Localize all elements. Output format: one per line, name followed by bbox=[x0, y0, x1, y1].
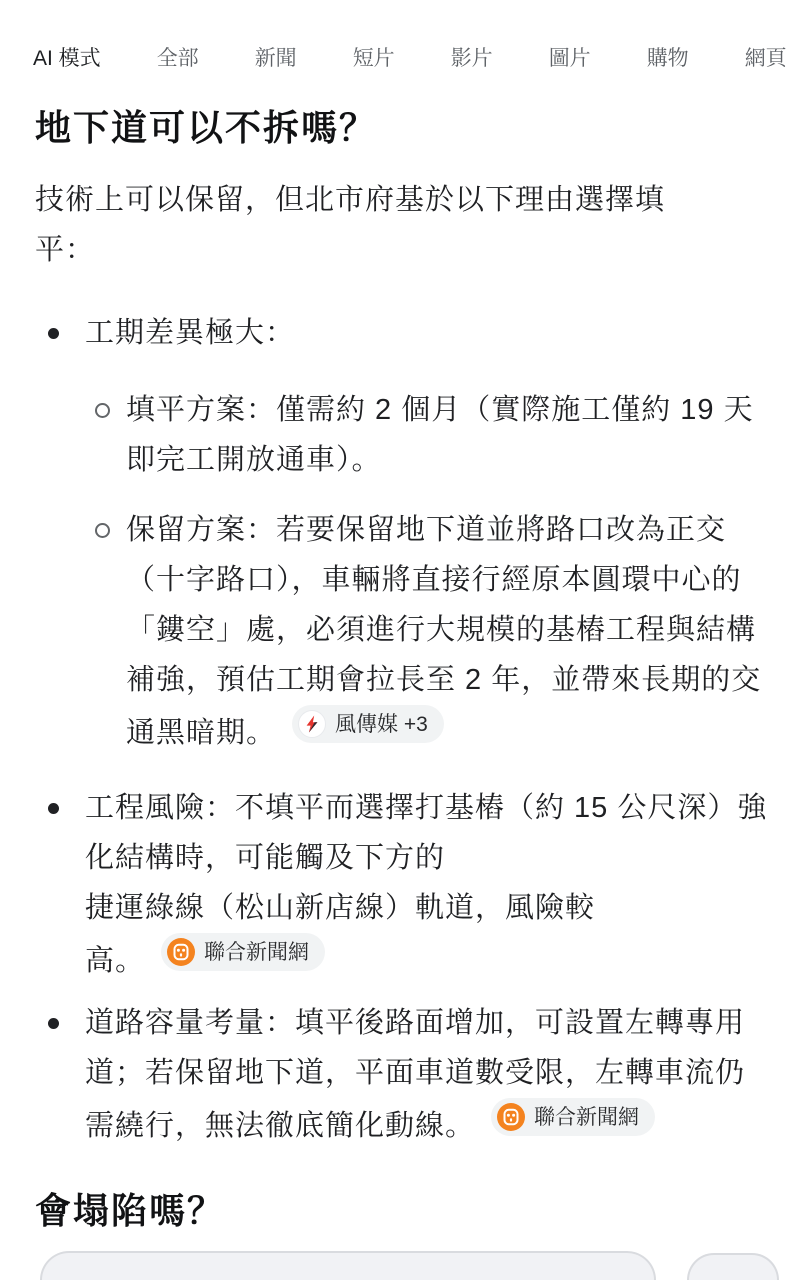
ai-answer-body: 地下道可以不拆嗎？ 技術上可以保留，但北市府基於以下理由選擇填 平： 工期差異極… bbox=[0, 106, 809, 1232]
text-line: 化結構時，可能觸及下方的 bbox=[85, 833, 767, 883]
udn-icon bbox=[167, 938, 195, 966]
text-line: 保留方案：若要保留地下道並將路口改為正交 bbox=[126, 505, 761, 555]
bullet-ring-icon bbox=[95, 523, 110, 538]
bullet-construction-period: 工期差異極大： 填平方案：僅需約 2 個月（實際施工僅約 19 天 即完工開放通… bbox=[0, 308, 809, 758]
tab-shopping[interactable]: 購物 bbox=[647, 46, 689, 72]
tab-all[interactable]: 全部 bbox=[157, 46, 199, 72]
bullet-ring-icon bbox=[95, 403, 110, 418]
text-line-with-source: 通黑暗期。 風傳媒 +3 bbox=[126, 705, 761, 758]
text-line-with-source: 高。 聯合新聞網 bbox=[85, 933, 767, 986]
intro-line: 平： bbox=[35, 225, 809, 275]
text-line: 道；若保留地下道，平面車道數受限，左轉車流仍 bbox=[85, 1048, 745, 1098]
source-chip-storm-media[interactable]: 風傳媒 +3 bbox=[292, 705, 444, 743]
ai-mode-results-page: AI 模式 全部 新聞 短片 影片 圖片 購物 網頁 地下道可以不拆嗎？ 技術上… bbox=[0, 0, 809, 1280]
bottom-card-row bbox=[40, 1251, 779, 1280]
text-line: 「鏤空」處，必須進行大規模的基樁工程與結構 bbox=[126, 605, 761, 655]
text-line: 需繞行，無法徹底簡化動線。 bbox=[85, 1110, 475, 1142]
bullet-content: 工期差異極大： 填平方案：僅需約 2 個月（實際施工僅約 19 天 即完工開放通… bbox=[85, 308, 761, 758]
question-heading-underpass: 地下道可以不拆嗎？ bbox=[35, 106, 809, 149]
source-chip-udn[interactable]: 聯合新聞網 bbox=[161, 933, 325, 971]
text-line: 通黑暗期。 bbox=[126, 717, 276, 749]
suggestion-card[interactable] bbox=[40, 1251, 656, 1280]
text-line: 工程風險：不填平而選擇打基樁（約 15 公尺深）強 bbox=[85, 783, 767, 833]
source-chip-label: 聯合新聞網 bbox=[534, 1104, 639, 1131]
bullet-content: 道路容量考量：填平後路面增加，可設置左轉專用 道；若保留地下道，平面車道數受限，… bbox=[85, 998, 745, 1151]
tab-videos[interactable]: 影片 bbox=[451, 46, 493, 72]
question-heading-collapse: 會塌陷嗎？ bbox=[35, 1189, 809, 1232]
storm-media-icon bbox=[298, 710, 326, 738]
text-line: 捷運綠線（松山新店線）軌道，風險較 bbox=[85, 883, 767, 933]
bullet-road-capacity: 道路容量考量：填平後路面增加，可設置左轉專用 道；若保留地下道，平面車道數受限，… bbox=[0, 998, 809, 1151]
bullet-dot-icon bbox=[48, 328, 59, 339]
text-line: （十字路口），車輛將直接行經原本圓環中心的 bbox=[126, 555, 761, 605]
sub-bullet-keep-plan: 保留方案：若要保留地下道並將路口改為正交 （十字路口），車輛將直接行經原本圓環中… bbox=[85, 505, 761, 758]
intro-paragraph: 技術上可以保留，但北市府基於以下理由選擇填 平： bbox=[35, 175, 809, 275]
tab-images[interactable]: 圖片 bbox=[549, 46, 591, 72]
sub-bullet-fill-plan: 填平方案：僅需約 2 個月（實際施工僅約 19 天 即完工開放通車）。 bbox=[85, 385, 761, 485]
text-line: 高。 bbox=[85, 945, 145, 977]
bullet-title: 工期差異極大： bbox=[85, 308, 761, 358]
bullet-content: 工程風險：不填平而選擇打基樁（約 15 公尺深）強 化結構時，可能觸及下方的 捷… bbox=[85, 783, 767, 986]
text-line: 即完工開放通車）。 bbox=[126, 435, 754, 485]
search-category-tabs: AI 模式 全部 新聞 短片 影片 圖片 購物 網頁 bbox=[0, 0, 809, 72]
sub-bullet-content: 填平方案：僅需約 2 個月（實際施工僅約 19 天 即完工開放通車）。 bbox=[126, 385, 754, 485]
source-chip-udn[interactable]: 聯合新聞網 bbox=[491, 1098, 655, 1136]
tab-news[interactable]: 新聞 bbox=[255, 46, 297, 72]
source-chip-label: 聯合新聞網 bbox=[204, 939, 309, 966]
text-line: 填平方案：僅需約 2 個月（實際施工僅約 19 天 bbox=[126, 385, 754, 435]
suggestion-card-partial[interactable] bbox=[687, 1253, 779, 1280]
tab-web[interactable]: 網頁 bbox=[745, 46, 787, 72]
intro-line: 技術上可以保留，但北市府基於以下理由選擇填 bbox=[35, 175, 809, 225]
text-line-with-source: 需繞行，無法徹底簡化動線。 聯合新聞網 bbox=[85, 1098, 745, 1151]
tab-short-videos[interactable]: 短片 bbox=[353, 46, 395, 72]
tab-ai-mode[interactable]: AI 模式 bbox=[33, 46, 101, 72]
bullet-engineering-risk: 工程風險：不填平而選擇打基樁（約 15 公尺深）強 化結構時，可能觸及下方的 捷… bbox=[0, 783, 809, 986]
bullet-dot-icon bbox=[48, 1018, 59, 1029]
text-line: 補強，預估工期會拉長至 2 年，並帶來長期的交 bbox=[126, 655, 761, 705]
sub-bullet-content: 保留方案：若要保留地下道並將路口改為正交 （十字路口），車輛將直接行經原本圓環中… bbox=[126, 505, 761, 758]
bullet-dot-icon bbox=[48, 803, 59, 814]
udn-icon bbox=[497, 1103, 525, 1131]
source-chip-label: 風傳媒 +3 bbox=[335, 711, 428, 738]
text-line: 道路容量考量：填平後路面增加，可設置左轉專用 bbox=[85, 998, 745, 1048]
